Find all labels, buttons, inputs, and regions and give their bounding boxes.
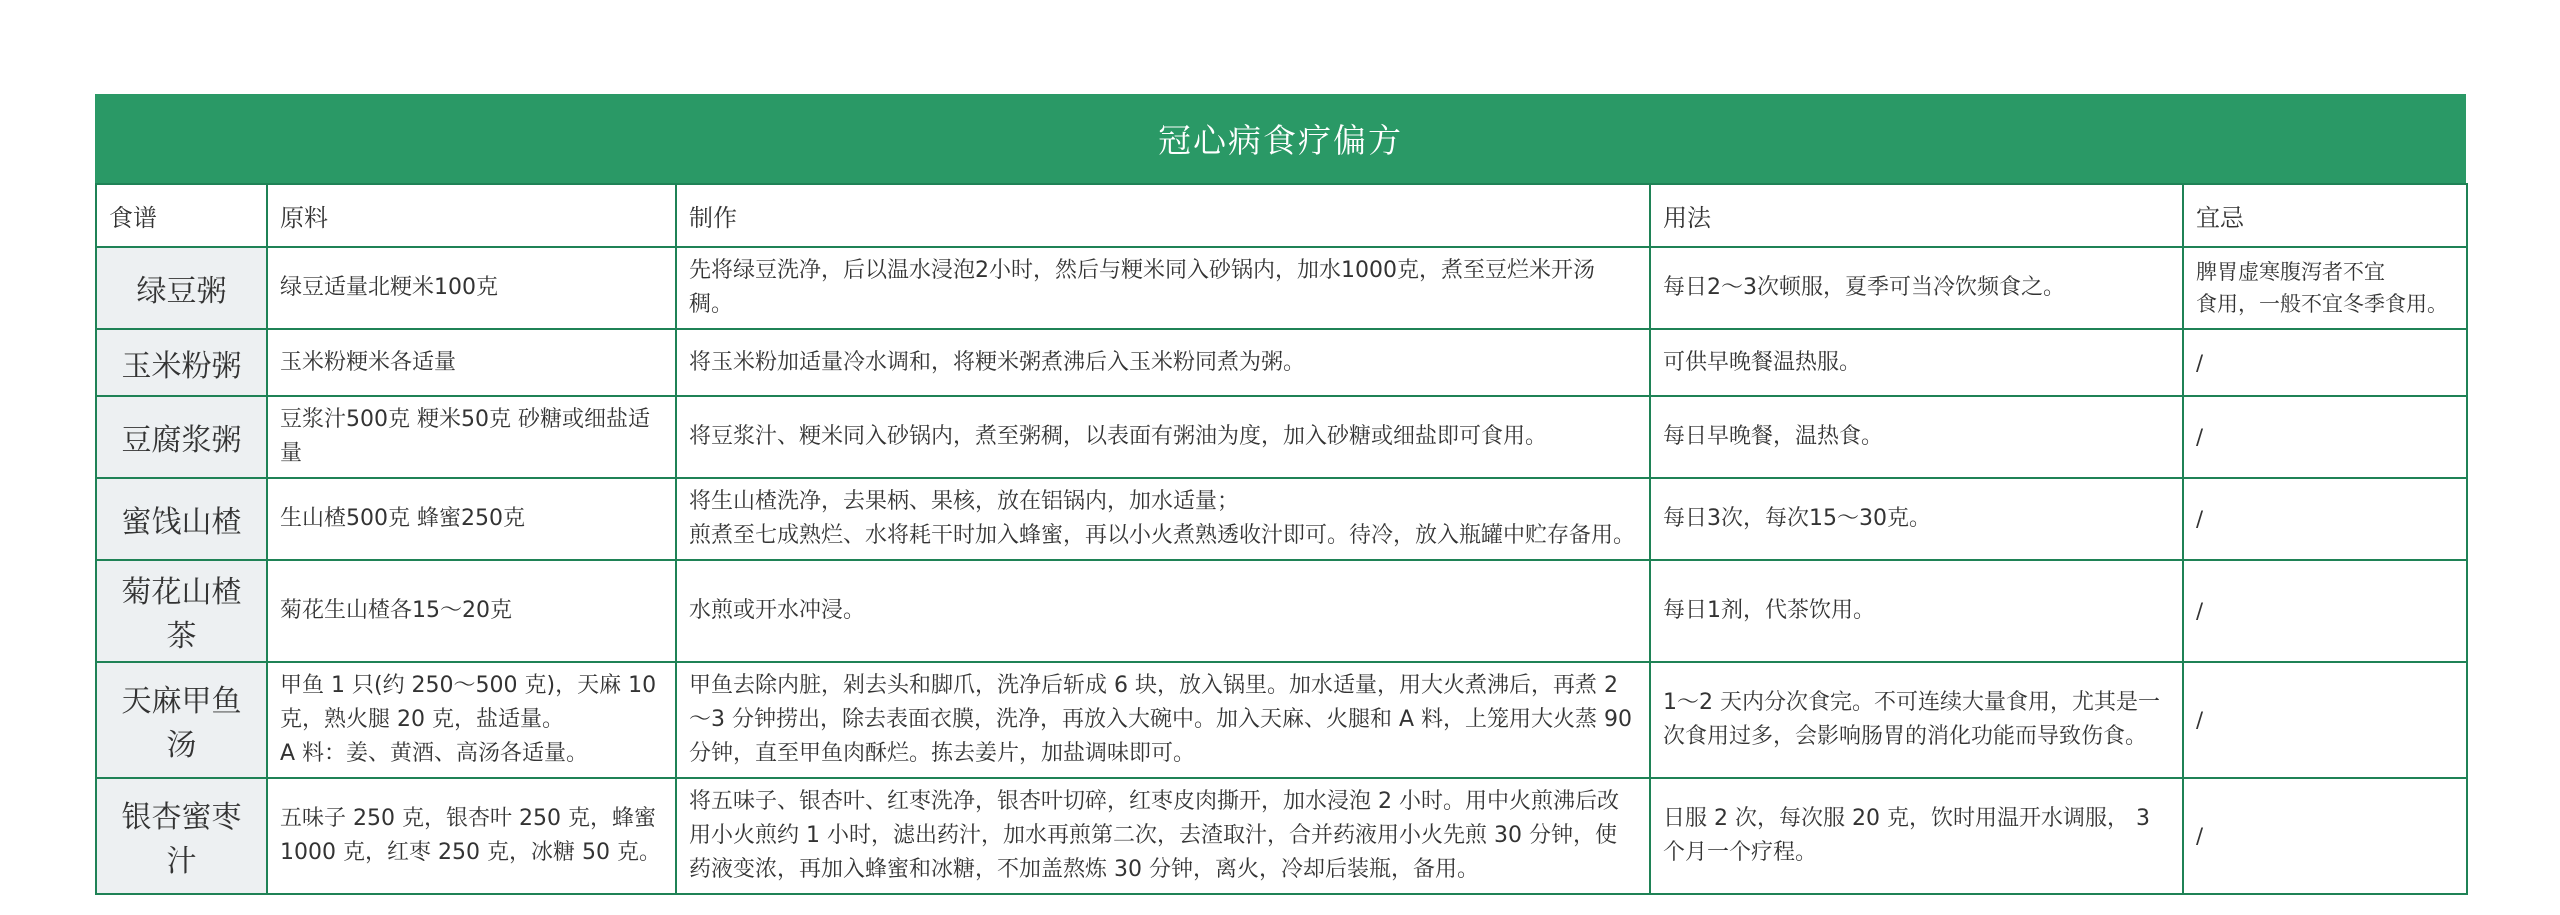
usage-cell: 日服 2 次，每次服 20 克，饮时用温开水调服， 3 个月一个疗程。 xyxy=(1650,778,2183,894)
ingredients-cell: 绿豆适量北粳米100克 xyxy=(267,247,676,329)
notes-cell: / xyxy=(2183,560,2467,662)
usage-cell: 每日3次，每次15～30克。 xyxy=(1650,478,2183,560)
preparation-cell: 将豆浆汁、粳米同入砂锅内，煮至粥稠，以表面有粥油为度，加入砂糖或细盐即可食用。 xyxy=(676,396,1650,478)
notes-cell: / xyxy=(2183,396,2467,478)
recipe-name-cell: 天麻甲鱼汤 xyxy=(96,662,267,778)
ingredients-cell: 生山楂500克 蜂蜜250克 xyxy=(267,478,676,560)
column-header-preparation: 制作 xyxy=(676,184,1650,247)
column-header-usage: 用法 xyxy=(1650,184,2183,247)
column-header-notes: 宜忌 xyxy=(2183,184,2467,247)
notes-cell: / xyxy=(2183,478,2467,560)
preparation-cell: 将生山楂洗净，去果柄、果核，放在铝锅内，加水适量； 煎煮至七成熟烂、水将耗干时加… xyxy=(676,478,1650,560)
table-row: 蜜饯山楂 生山楂500克 蜂蜜250克 将生山楂洗净，去果柄、果核，放在铝锅内，… xyxy=(96,478,2467,560)
recipe-name-cell: 银杏蜜枣汁 xyxy=(96,778,267,894)
table-row: 豆腐浆粥 豆浆汁500克 粳米50克 砂糖或细盐适量 将豆浆汁、粳米同入砂锅内，… xyxy=(96,396,2467,478)
table-row: 菊花山楂茶 菊花生山楂各15～20克 水煎或开水冲浸。 每日1剂，代茶饮用。 / xyxy=(96,560,2467,662)
table-row: 银杏蜜枣汁 五味子 250 克，银杏叶 250 克，蜂蜜 1000 克，红枣 2… xyxy=(96,778,2467,894)
usage-cell: 1～2 天内分次食完。不可连续大量食用，尤其是一次食用过多，会影响肠胃的消化功能… xyxy=(1650,662,2183,778)
ingredients-cell: 玉米粉粳米各适量 xyxy=(267,329,676,396)
usage-cell: 每日1剂，代茶饮用。 xyxy=(1650,560,2183,662)
title-bar: 冠心病食疗偏方 xyxy=(95,94,2466,183)
table-row: 玉米粉粥 玉米粉粳米各适量 将玉米粉加适量冷水调和，将粳米粥煮沸后入玉米粉同煮为… xyxy=(96,329,2467,396)
preparation-cell: 将玉米粉加适量冷水调和，将粳米粥煮沸后入玉米粉同煮为粥。 xyxy=(676,329,1650,396)
ingredients-cell: 甲鱼 1 只(约 250～500 克)，天麻 10 克，熟火腿 20 克，盐适量… xyxy=(267,662,676,778)
recipe-name-cell: 玉米粉粥 xyxy=(96,329,267,396)
recipe-name-cell: 绿豆粥 xyxy=(96,247,267,329)
recipe-name-cell: 蜜饯山楂 xyxy=(96,478,267,560)
notes-cell: / xyxy=(2183,329,2467,396)
preparation-cell: 甲鱼去除内脏，剁去头和脚爪，洗净后斩成 6 块，放入锅里。加水适量，用大火煮沸后… xyxy=(676,662,1650,778)
column-header-recipe: 食谱 xyxy=(96,184,267,247)
usage-cell: 可供早晚餐温热服。 xyxy=(1650,329,2183,396)
recipe-name-cell: 豆腐浆粥 xyxy=(96,396,267,478)
preparation-cell: 将五味子、银杏叶、红枣洗净，银杏叶切碎，红枣皮肉撕开，加水浸泡 2 小时。用中火… xyxy=(676,778,1650,894)
table-row: 天麻甲鱼汤 甲鱼 1 只(约 250～500 克)，天麻 10 克，熟火腿 20… xyxy=(96,662,2467,778)
ingredients-cell: 五味子 250 克，银杏叶 250 克，蜂蜜 1000 克，红枣 250 克，冰… xyxy=(267,778,676,894)
column-header-ingredients: 原料 xyxy=(267,184,676,247)
preparation-cell: 水煎或开水冲浸。 xyxy=(676,560,1650,662)
diet-remedy-table: 食谱 原料 制作 用法 宜忌 绿豆粥 绿豆适量北粳米100克 先将绿豆洗净，后以… xyxy=(95,183,2468,895)
notes-cell: / xyxy=(2183,778,2467,894)
ingredients-cell: 菊花生山楂各15～20克 xyxy=(267,560,676,662)
recipe-name-cell: 菊花山楂茶 xyxy=(96,560,267,662)
notes-cell: 脾胃虚寒腹泻者不宜 食用，一般不宜冬季食用。 xyxy=(2183,247,2467,329)
preparation-cell: 先将绿豆洗净，后以温水浸泡2小时，然后与粳米同入砂锅内，加水1000克，煮至豆烂… xyxy=(676,247,1650,329)
page-title: 冠心病食疗偏方 xyxy=(1158,115,1403,162)
table-row: 绿豆粥 绿豆适量北粳米100克 先将绿豆洗净，后以温水浸泡2小时，然后与粳米同入… xyxy=(96,247,2467,329)
ingredients-cell: 豆浆汁500克 粳米50克 砂糖或细盐适量 xyxy=(267,396,676,478)
usage-cell: 每日2～3次顿服，夏季可当冷饮频食之。 xyxy=(1650,247,2183,329)
table-header-row: 食谱 原料 制作 用法 宜忌 xyxy=(96,184,2467,247)
usage-cell: 每日早晚餐，温热食。 xyxy=(1650,396,2183,478)
diet-remedy-sheet: 冠心病食疗偏方 食谱 原料 制作 用法 宜忌 绿豆粥 绿豆适量北粳米100克 先… xyxy=(95,94,2466,895)
notes-cell: / xyxy=(2183,662,2467,778)
